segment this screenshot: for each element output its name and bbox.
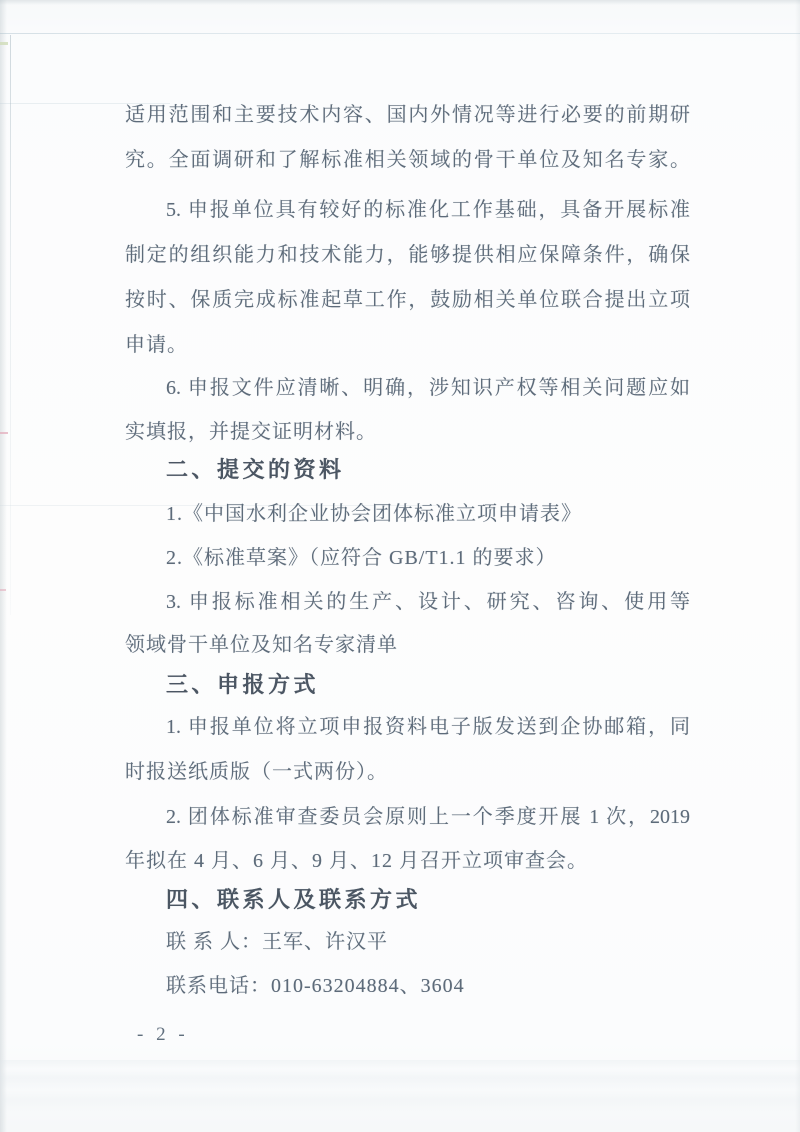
text-line: 实填报，并提交证明材料。 <box>125 418 690 446</box>
scan-artifact-bottom-band <box>0 1060 800 1112</box>
text-line: 领域骨干单位及知名专家清单 <box>125 631 690 659</box>
text-line: 2.《标准草案》（应符合 GB/T1.1 的要求） <box>125 544 690 572</box>
scan-artifact-pink-mark-2 <box>0 589 6 591</box>
section-heading-contacts: 四、联系人及联系方式 <box>125 886 690 914</box>
text-line: 适用范围和主要技术内容、国内外情况等进行必要的前期研 <box>125 101 690 129</box>
scanned-document-page: 适用范围和主要技术内容、国内外情况等进行必要的前期研 究。全面调研和了解标准相关… <box>0 0 800 1132</box>
scan-artifact-green-mark <box>0 42 8 45</box>
text-line: 1.《中国水利企业协会团体标准立项申请表》 <box>125 500 690 528</box>
text-line: 2. 团体标准审查委员会原则上一个季度开展 1 次，2019 <box>125 803 690 831</box>
text-line: 5. 申报单位具有较好的标准化工作基础，具备开展标准 <box>125 196 690 224</box>
text-line: 6. 申报文件应清晰、明确，涉知识产权等相关问题应如 <box>125 374 690 402</box>
scan-artifact-pink-mark-1 <box>0 432 8 434</box>
text-line: 时报送纸质版（一式两份）。 <box>125 758 690 786</box>
text-line: 1. 申报单位将立项申报资料电子版发送到企协邮箱，同 <box>125 713 690 741</box>
contact-person-line: 联 系 人：王军、许汉平 <box>125 928 690 956</box>
section-heading-materials: 二、提交的资料 <box>125 456 690 484</box>
text-line: 年拟在 4 月、6 月、9 月、12 月召开立项审查会。 <box>125 847 690 875</box>
text-line: 制定的组织能力和技术能力，能够提供相应保障条件，确保 <box>125 241 690 269</box>
page-number: - 2 - <box>137 1024 189 1046</box>
scan-artifact-top-line <box>0 33 800 34</box>
scan-artifact-left-line <box>10 35 11 615</box>
contact-phone-line: 联系电话：010-63204884、3604 <box>125 972 690 1000</box>
text-line: 申请。 <box>125 331 690 359</box>
text-line: 3. 申报标准相关的生产、设计、研究、咨询、使用等 <box>125 588 690 616</box>
text-line: 究。全面调研和了解标准相关领域的骨干单位及知名专家。 <box>125 146 690 174</box>
text-line: 按时、保质完成标准起草工作，鼓励相关单位联合提出立项 <box>125 286 690 314</box>
section-heading-application-method: 三、申报方式 <box>125 671 690 699</box>
